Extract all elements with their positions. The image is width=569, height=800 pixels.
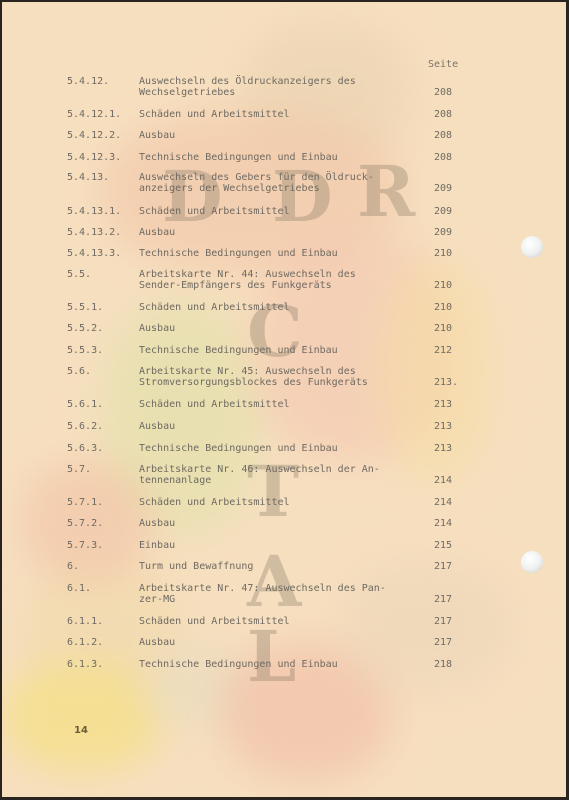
section-number: 6.1.2. — [67, 637, 103, 648]
section-title: Schäden und Arbeitsmittel — [139, 109, 419, 120]
section-number: 5.4.13.2. — [67, 227, 121, 238]
page-ref: 208 — [434, 130, 452, 141]
section-number: 5.7.3. — [67, 540, 103, 551]
page-ref: 215 — [434, 540, 452, 551]
section-number: 5.6.1. — [67, 399, 103, 410]
page-ref: 210 — [434, 280, 452, 291]
section-number: 6.1. — [67, 583, 91, 594]
section-title: Technische Bedingungen und Einbau — [139, 443, 419, 454]
section-number: 5.5.1. — [67, 302, 103, 313]
section-title: Auswechseln des Öldruckanzeigers des Wec… — [139, 76, 419, 98]
page-ref: 209 — [434, 227, 452, 238]
page-ref: 218 — [434, 659, 452, 670]
page-ref: 213 — [434, 399, 452, 410]
section-number: 5.7.1. — [67, 497, 103, 508]
section-title: Ausbau — [139, 518, 419, 529]
section-title: Technische Bedingungen und Einbau — [139, 248, 419, 259]
section-title: Technische Bedingungen und Einbau — [139, 152, 419, 163]
page-ref: 209 — [434, 206, 452, 217]
section-title: Ausbau — [139, 421, 419, 432]
section-title: Arbeitskarte Nr. 47: Auswechseln des Pan… — [139, 583, 419, 605]
page-ref: 214 — [434, 518, 452, 529]
section-title: Technische Bedingungen und Einbau — [139, 659, 419, 670]
watermark-letter: A — [247, 547, 301, 617]
page-ref: 217 — [434, 594, 452, 605]
section-title: Ausbau — [139, 130, 419, 141]
section-title: Ausbau — [139, 637, 419, 648]
section-title: Schäden und Arbeitsmittel — [139, 206, 419, 217]
section-number: 6.1.3. — [67, 659, 103, 670]
page-ref: 217 — [434, 637, 452, 648]
section-number: 5.7. — [67, 464, 91, 475]
section-number: 5.6.2. — [67, 421, 103, 432]
page-ref: 217 — [434, 561, 452, 572]
section-number: 5.6.3. — [67, 443, 103, 454]
section-title: Schäden und Arbeitsmittel — [139, 497, 419, 508]
page-ref: 210 — [434, 248, 452, 259]
section-title: Schäden und Arbeitsmittel — [139, 399, 419, 410]
page-ref: 208 — [434, 87, 452, 98]
document-page: D D R C T A L Seite 5.4.12. Auswechseln … — [2, 2, 566, 797]
section-number: 6.1.1. — [67, 616, 103, 627]
section-title: Auswechseln des Gebers für den Öldruck- … — [139, 172, 419, 194]
page-ref: 213 — [434, 443, 452, 454]
page-ref: 212 — [434, 345, 452, 356]
section-title: Schäden und Arbeitsmittel — [139, 616, 419, 627]
section-title: Arbeitskarte Nr. 45: Auswechseln des Str… — [139, 366, 419, 388]
map-region — [2, 662, 162, 772]
map-region — [342, 562, 512, 692]
page-ref: 217 — [434, 616, 452, 627]
page-column-header: Seite — [428, 59, 458, 70]
page-ref: 213 — [434, 421, 452, 432]
page-ref: 210 — [434, 302, 452, 313]
page-ref: 214 — [434, 497, 452, 508]
section-number: 5.5.3. — [67, 345, 103, 356]
section-number: 5.4.12.3. — [67, 152, 121, 163]
page-ref: 208 — [434, 152, 452, 163]
section-number: 5.4.13.1. — [67, 206, 121, 217]
page-number: 14 — [74, 725, 88, 736]
section-number: 5.7.2. — [67, 518, 103, 529]
section-number: 5.4.13.3. — [67, 248, 121, 259]
section-number: 6. — [67, 561, 79, 572]
section-number: 5.4.12.1. — [67, 109, 121, 120]
section-title: Einbau — [139, 540, 419, 551]
punch-hole — [521, 551, 543, 573]
section-number: 5.6. — [67, 366, 91, 377]
page-ref: 213. — [434, 377, 458, 388]
section-title: Technische Bedingungen und Einbau — [139, 345, 419, 356]
section-title: Schäden und Arbeitsmittel — [139, 302, 419, 313]
page-ref: 210 — [434, 323, 452, 334]
section-title: Turm und Bewaffnung — [139, 561, 419, 572]
section-title: Ausbau — [139, 227, 419, 238]
section-number: 5.5.2. — [67, 323, 103, 334]
page-ref: 209 — [434, 183, 452, 194]
page-ref: 214 — [434, 475, 452, 486]
watermark-letter: L — [247, 622, 296, 692]
punch-hole — [521, 236, 543, 258]
page-ref: 208 — [434, 109, 452, 120]
section-number: 5.4.12.2. — [67, 130, 121, 141]
section-title: Arbeitskarte Nr. 44: Auswechseln des Sen… — [139, 269, 419, 291]
section-number: 5.5. — [67, 269, 91, 280]
section-number: 5.4.12. — [67, 76, 109, 87]
section-title: Ausbau — [139, 323, 419, 334]
section-title: Arbeitskarte Nr. 46: Auswechseln der An-… — [139, 464, 419, 486]
section-number: 5.4.13. — [67, 172, 109, 183]
